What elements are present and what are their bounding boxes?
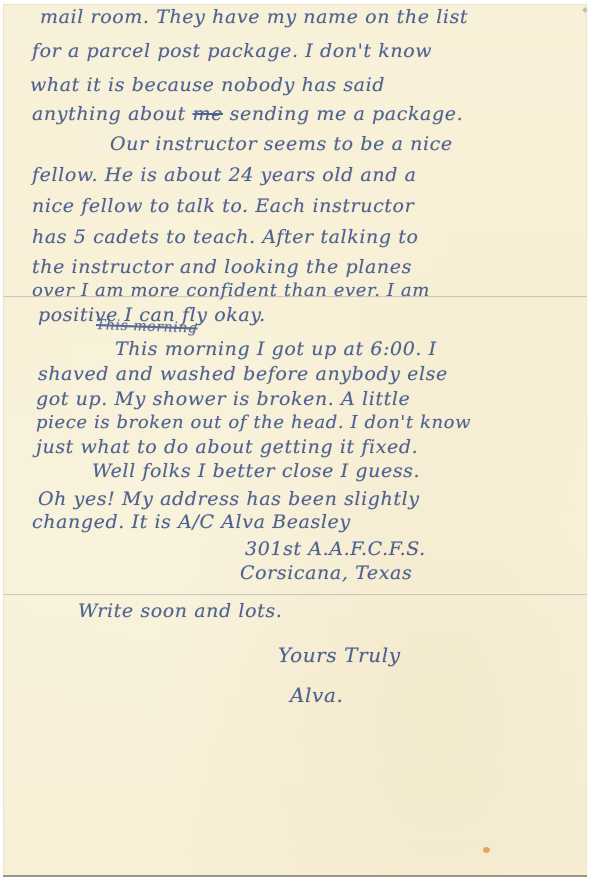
letter-text: sending me a package. bbox=[223, 103, 463, 125]
rust-stain bbox=[483, 847, 490, 853]
letter-line: got up. My shower is broken. A little bbox=[36, 388, 410, 410]
letter-text: anything about bbox=[32, 103, 193, 125]
letter-line: anything about me sending me a package. bbox=[32, 103, 463, 125]
letter-line: Oh yes! My address has been slightly bbox=[38, 488, 420, 510]
letter-line: fellow. He is about 24 years old and a bbox=[32, 164, 417, 186]
struck-word: me bbox=[193, 103, 223, 125]
fold-line-lower bbox=[3, 594, 587, 596]
letter-line: has 5 cadets to teach. After talking to bbox=[32, 226, 419, 248]
letter-line: nice fellow to talk to. Each instructor bbox=[32, 195, 414, 217]
address-unit: 301st A.A.F.C.F.S. bbox=[245, 538, 426, 560]
letter-line: just what to do about getting it fixed. bbox=[36, 436, 418, 458]
letter-line: for a parcel post package. I don't know bbox=[32, 40, 432, 62]
letter-line: This morning I got up at 6:00. I bbox=[115, 338, 437, 360]
closing: Yours Truly bbox=[278, 643, 401, 667]
letter-line: Well folks I better close I guess. bbox=[92, 460, 420, 482]
letter-line: Our instructor seems to be a nice bbox=[110, 133, 453, 155]
letter-line: over I am more confident than ever. I am bbox=[32, 280, 430, 301]
letter-line: shaved and washed before anybody else bbox=[38, 363, 448, 385]
letter-line: changed. It is A/C Alva Beasley bbox=[32, 511, 351, 533]
letter-line: mail room. They have my name on the list bbox=[40, 6, 468, 28]
paper-bottom-edge bbox=[3, 875, 587, 877]
address-city: Corsicana, Texas bbox=[240, 562, 412, 584]
letter-line: Write soon and lots. bbox=[78, 600, 282, 622]
letter-line: the instructor and looking the planes bbox=[32, 256, 412, 278]
signature: Alva. bbox=[290, 683, 343, 707]
letter-line: piece is broken out of the head. I don't… bbox=[36, 412, 471, 433]
letter-line: what it is because nobody has said bbox=[30, 74, 385, 96]
